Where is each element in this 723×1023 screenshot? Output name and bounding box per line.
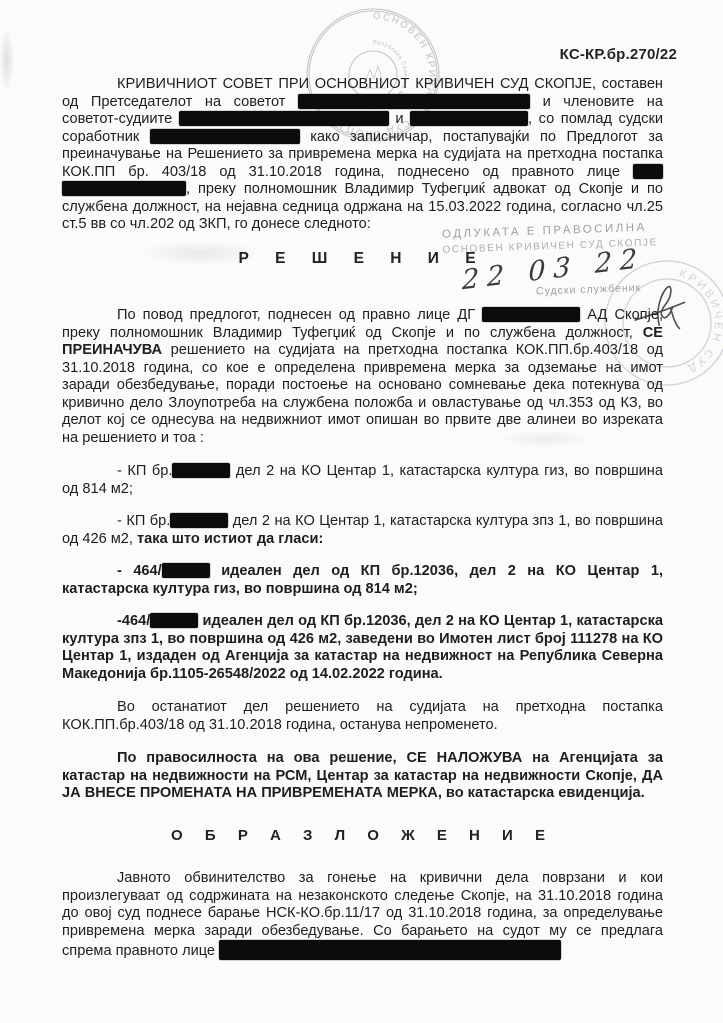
- document-page: ОСНОВЕН КРИВИЧЕН СУД СКОПЈЕ Република Се…: [0, 0, 723, 1023]
- paragraph-reasoning-intro: Јавното обвинителство за гонење на криви…: [62, 870, 663, 961]
- redaction-bar: [172, 463, 230, 478]
- redaction-bar: [170, 513, 228, 528]
- redaction-bar: [633, 164, 663, 179]
- redaction-bar: [62, 181, 186, 196]
- list-item-ideal-part-1: - 464/ идеален дел од КП бр.12036, дел 2…: [62, 563, 663, 598]
- list-item-kp-2: - КП бр. дел 2 на КО Центар 1, катастарс…: [62, 513, 663, 548]
- redaction-bar: [410, 111, 528, 126]
- redaction-bar: [150, 129, 300, 144]
- paragraph-intro: КРИВИЧНИОТ СОВЕТ ПРИ ОСНОВНИОТ КРИВИЧЕН …: [62, 76, 663, 234]
- list-item-ideal-part-2: -464/ идеален дел од КП бр.12036, дел 2 …: [62, 613, 663, 683]
- paragraph-decision: По повод предлогот, поднесен од правно л…: [62, 307, 663, 447]
- redaction-bar: [219, 940, 561, 960]
- decision-heading: Р Е Ш Е Н И Е: [62, 250, 663, 268]
- case-number: КС-КР.бр.270/22: [560, 46, 677, 63]
- redaction-bar: [482, 307, 580, 322]
- document-body: КРИВИЧНИОТ СОВЕТ ПРИ ОСНОВНИОТ КРИВИЧЕН …: [62, 76, 663, 977]
- redaction-bar: [162, 563, 210, 578]
- redaction-bar: [298, 94, 530, 109]
- scan-edge-artifact: [0, 30, 14, 90]
- redaction-bar: [179, 111, 389, 126]
- svg-text:КРИВИЧЕН СУД: КРИВИЧЕН СУД: [656, 267, 723, 381]
- redaction-bar: [150, 613, 198, 628]
- list-item-kp-1: - КП бр. дел 2 на КО Центар 1, катастарс…: [62, 463, 663, 498]
- paragraph-cadastre-order: По правосилноста на ова решение, СЕ НАЛО…: [62, 750, 663, 803]
- reasoning-heading: О Б Р А З Л О Ж Е Н И Е: [62, 827, 663, 845]
- paragraph-unchanged: Во останатиот дел решението на судијата …: [62, 699, 663, 734]
